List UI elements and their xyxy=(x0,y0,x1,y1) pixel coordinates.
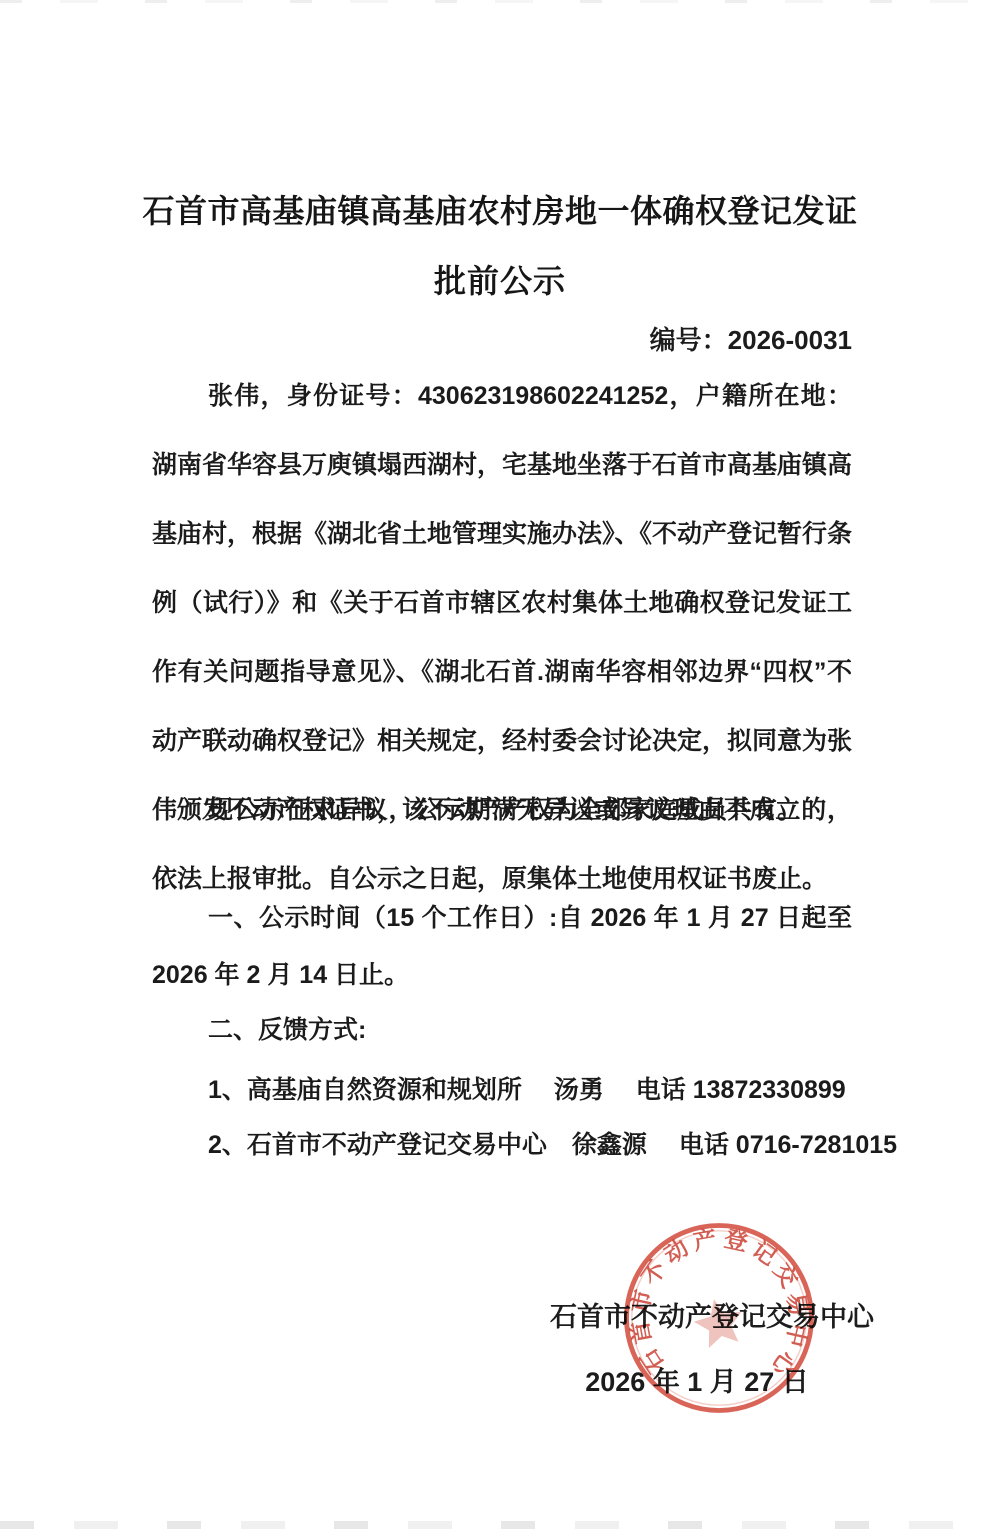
notice-title: 石首市高基庙镇高基庙农村房地一体确权登记发证 xyxy=(0,186,1000,232)
svg-text:石首市不动产登记交易中心: 石首市不动产登记交易中心 xyxy=(626,1225,812,1381)
paragraph-applicant-info: 张伟，身份证号：430623198602241252，户籍所在地：湖南省华容县万… xyxy=(152,362,852,845)
notice-subtitle: 批前公示 xyxy=(0,256,1000,302)
contact-line-planning-office: 1、高基庙自然资源和规划所 汤勇 电话 13872330899 xyxy=(152,1062,852,1119)
doc-number: 编号：2026-0031 xyxy=(152,320,852,357)
item-feedback-method: 二、反馈方式: xyxy=(152,1002,852,1059)
scan-artifact-bottom-edge xyxy=(0,1521,1000,1529)
official-seal: 石首市不动产登记交易中心 xyxy=(613,1210,825,1426)
star-icon xyxy=(690,1294,748,1350)
scan-artifact-top-edge xyxy=(0,0,1000,3)
seal-ring-text: 石首市不动产登记交易中心 xyxy=(626,1225,812,1381)
notice-document-page: 石首市高基庙镇高基庙农村房地一体确权登记发证 批前公示 编号：2026-0031… xyxy=(0,0,1000,1529)
contact-line-registration-center: 2、石首市不动产登记交易中心 徐鑫源 电话 0716-7281015 xyxy=(152,1117,852,1174)
item-publicity-period: 一、公示时间（15 个工作日）:自 2026 年 1 月 27 日起至 2026… xyxy=(152,890,852,1004)
